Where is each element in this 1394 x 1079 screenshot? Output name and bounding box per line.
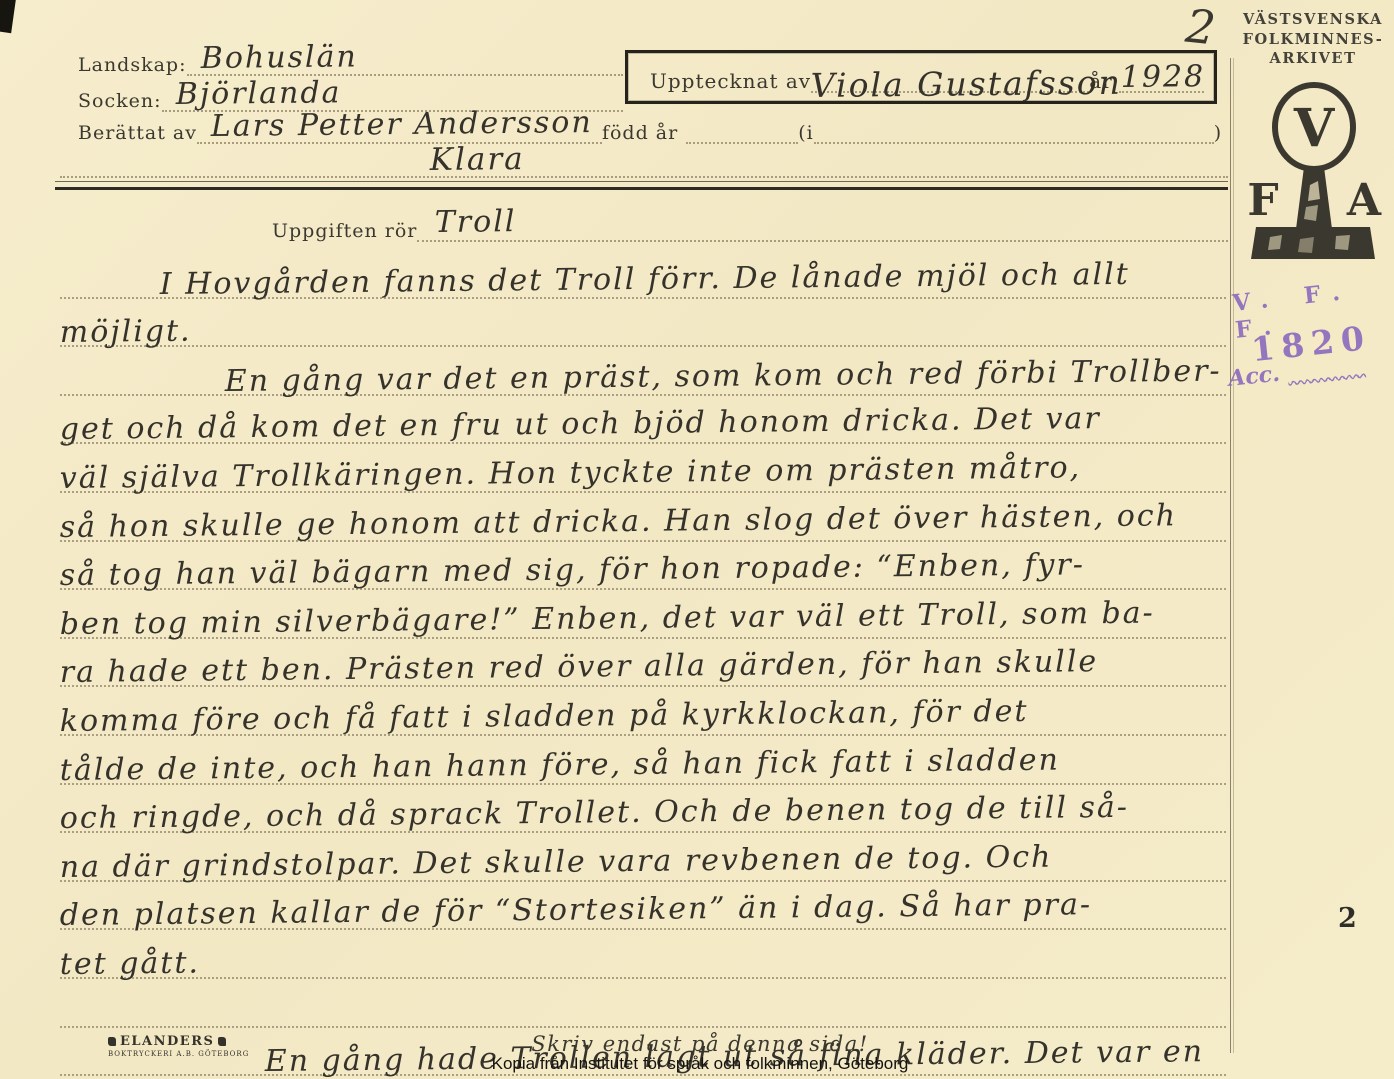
text-line: så hon skulle ge honom att dricka. Han s… [60,493,1226,542]
field-landskap: Landskap: Bohuslän [78,46,623,76]
subject-dotted-line: Troll [417,212,1228,242]
field-subject: Uppgiften rör Troll [272,212,1228,242]
line-text: den platsen kallar de för “Stortesiken” … [60,888,1093,934]
printer-subtitle: BOKTRYCKERI A.B. GÖTEBORG [108,1050,249,1058]
fodd-dotted-line [686,114,798,144]
line-text: na där grindstolpar. Det skulle vara rev… [60,839,1053,884]
printer-name-text: ELANDERS [120,1034,214,1049]
upptecknat-dotted-line: Viola Gustafsson [811,65,1089,93]
text-line: na där grindstolpar. Det skulle vara rev… [60,833,1226,882]
ar-dotted-line: 1928 [1119,65,1204,93]
line-text: så hon skulle ge honom att dricka. Han s… [60,498,1177,545]
line-text: En gång var det en präst, som kom och re… [225,353,1222,398]
archive-sidebar: VÄSTSVENSKA FOLKMINNES- ARKIVET V F A V.… [1234,10,1392,273]
text-line: och ringde, och då sprack Trollet. Och d… [60,785,1226,834]
paren-open-label: (i [798,122,814,144]
berattat-value: Lars Petter Andersson [211,105,593,144]
text-line: ra hade ett ben. Prästen red över alla g… [60,639,1226,688]
socken-label: Socken: [78,90,162,112]
subject-label: Uppgiften rör [272,220,417,242]
socken-value: Björlanda [175,75,341,112]
printer-name: ELANDERS [108,1034,249,1049]
svg-text:F: F [1247,175,1278,226]
continuation-dotted-line: Klara [60,146,1228,178]
archive-name-line3: ARKIVET [1234,49,1392,69]
scan-corner-artifact [0,0,17,33]
text-line [60,979,1226,1028]
landskap-label: Landskap: [78,54,187,76]
text-line: möjligt. [60,299,1226,348]
text-line: get och då kom det en fru ut och bjöd ho… [60,396,1226,445]
birthplace-dotted-line [814,114,1214,144]
line-text: så tog han väl bägarn med sig, för hon r… [60,547,1085,593]
handwritten-page-number: 2 [1183,0,1218,55]
stamp-wavy-line [1287,360,1366,384]
paren-close-label: ) [1214,122,1222,144]
handwritten-body: I Hovgården fanns det Troll förr. De lån… [60,250,1226,1076]
upptecknat-box: Upptecknat av Viola Gustafsson år 1928 [625,50,1217,104]
text-line: En gång var det en präst, som kom och re… [60,347,1226,396]
footer-instruction: Skriv endast på denna sida! [430,1032,970,1056]
line-text: tålde de inte, och han hann före, så han… [60,742,1060,787]
landskap-value: Bohuslän [200,39,357,76]
line-text: ben tog min silverbägare!” Enben, det va… [60,595,1155,641]
fodd-label: född år [602,122,678,144]
upptecknat-value: Viola Gustafsson [811,63,1122,105]
subject-value: Troll [435,204,517,240]
upptecknat-label: Upptecknat av [650,69,811,93]
printer-ornament-icon [218,1037,226,1046]
field-name-continuation: Klara [60,146,1228,178]
line-text: tet gått. [60,945,200,981]
archive-name: VÄSTSVENSKA FOLKMINNES- ARKIVET [1234,10,1392,69]
copy-notice-watermark: Kopia från Institutet för språk och folk… [290,1054,1110,1074]
text-line: ben tog min silverbägare!” Enben, det va… [60,590,1226,639]
text-line: komma före och få fatt i sladden på kyrk… [60,687,1226,736]
text-line: tet gått. [60,930,1226,979]
line-text: komma före och få fatt i sladden på kyrk… [60,694,1029,739]
berattat-value-line2: Klara [430,141,525,178]
berattat-dotted-line: Lars Petter Andersson [197,114,602,144]
header-divider-rule [55,181,1228,190]
svg-text:V: V [1293,98,1336,159]
document-page: 2 Landskap: Bohuslän Upptecknat av Viola… [0,0,1394,1079]
line-text: möjligt. [60,314,192,350]
field-berattat: Berättat av Lars Petter Andersson född å… [78,114,1224,144]
line-text: get och då kom det en fru ut och bjöd ho… [60,401,1101,447]
line-text: och ringde, och då sprack Trollet. Och d… [60,790,1129,836]
text-line: väl själva Trollkäringen. Hon tyckte int… [60,444,1226,493]
line-text: ra hade ett ben. Prästen red över alla g… [60,644,1099,690]
vfa-thor-hammer-logo-icon: V F A [1234,77,1392,273]
printer-ornament-icon [108,1037,116,1046]
text-line: tålde de inte, och han hann före, så han… [60,736,1226,785]
landskap-dotted-line: Bohuslän [187,46,624,76]
line-text: I Hovgården fanns det Troll förr. De lån… [160,256,1130,301]
text-line: I Hovgården fanns det Troll förr. De lån… [60,250,1226,299]
svg-text:A: A [1346,175,1382,226]
printed-page-number: 2 [1338,903,1358,934]
ar-value: 1928 [1120,59,1205,95]
text-line: så tog han väl bägarn med sig, för hon r… [60,542,1226,591]
archive-name-line2: FOLKMINNES- [1234,30,1392,50]
archive-name-line1: VÄSTSVENSKA [1234,10,1392,30]
printer-mark: ELANDERS BOKTRYCKERI A.B. GÖTEBORG [108,1034,249,1058]
berattat-label: Berättat av [78,122,197,144]
line-text: väl själva Trollkäringen. Hon tyckte int… [60,450,1082,496]
accession-stamp: V. F. F. 1820 Acc. [1219,273,1394,392]
text-line: den platsen kallar de för “Stortesiken” … [60,882,1226,931]
